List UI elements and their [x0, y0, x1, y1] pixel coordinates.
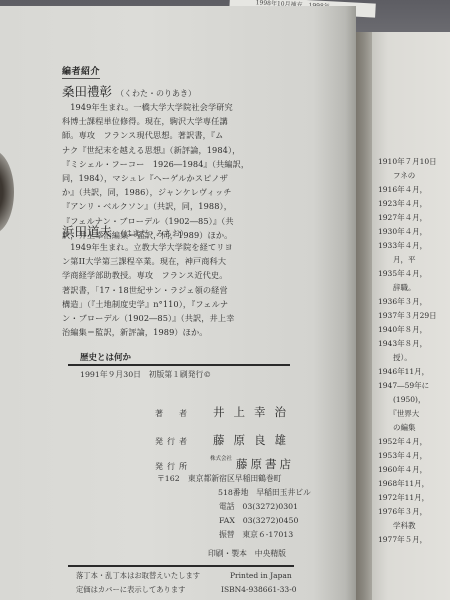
replacement-notice: 落丁本・乱丁本はお取替えいたします	[76, 571, 200, 581]
chronology-page: 1910年７月10日 フネの1916年４月，1923年４月，1927年４月，19…	[372, 32, 450, 600]
chronology-line: 月，平	[378, 254, 416, 265]
footer-rule	[68, 565, 294, 567]
bio-line: ン第II大学第三課程卒業。現在，神戸商科大	[62, 254, 292, 268]
bio-line: ナク『世紀末を越える思想』（新評論，1984），	[62, 143, 292, 157]
editor-reading: （くわた・のりあき）	[116, 89, 196, 98]
publisher-label: 発行者	[155, 436, 191, 447]
chronology-line: 授）。	[378, 352, 412, 363]
chronology-line: 1952年４月，	[378, 436, 427, 447]
bio-line: 構造」（『土地制度史学』n°110），『フェルナ	[62, 297, 292, 311]
chronology-line: 1976年３月，	[378, 506, 427, 517]
bio-line: 『ミシェル・フーコー 1926―1984』（共編訳，	[62, 157, 292, 171]
chronology-line: 1960年４月，	[378, 464, 427, 475]
chronology-line: 1947―59年に	[378, 380, 429, 391]
bio-line: 著訳書，「17・18世紀サン・ラジェ領の経営	[62, 283, 292, 297]
bio-line: 1949年生まれ。立教大学大学院を経てリヨ	[62, 240, 292, 254]
chronology-line: フネの	[378, 170, 415, 181]
chronology-line: (1950)，	[378, 394, 425, 405]
editors-heading: 編者紹介	[62, 64, 100, 79]
company-type: 株式会社	[210, 456, 222, 462]
bio-line: 科博士課程単位修得。現在，駒沢大学専任講	[62, 114, 292, 128]
editor-name: 浜田道夫	[62, 224, 112, 239]
chronology-line: 1937年３月29日	[378, 310, 437, 321]
chronology-line: 1943年８月，	[378, 338, 427, 349]
bio-line: 学商経学部助教授。専攻 フランス近代史。	[62, 268, 292, 282]
chronology-line: 学科教	[378, 520, 416, 531]
chronology-line: 1910年７月10日	[378, 156, 437, 167]
editor-name-2: 浜田道夫（はまだ・みちお）	[62, 222, 188, 240]
address-line-1: 東京都新宿区早稲田鶴巻町	[188, 473, 282, 484]
chronology-line: 辞職。	[378, 282, 416, 293]
chronology-line: 1935年４月，	[378, 268, 427, 279]
book-title: 歴史とは何か	[80, 351, 131, 363]
publisher-name: 藤原良雄	[213, 432, 295, 448]
chronology-line: 1933年４月，	[378, 240, 427, 251]
editor-reading: （はまだ・みちお）	[116, 229, 188, 238]
chronology-line: 1916年４月，	[378, 184, 427, 195]
author-name: 井上幸治	[213, 404, 295, 420]
chronology-line: 1940年８月，	[378, 324, 427, 335]
transfer-account: 振替 東京６-17013	[219, 529, 293, 540]
bio-line: 同，1984），マシュレ『ヘーゲルかスピノザ	[62, 171, 292, 185]
title-rule	[68, 364, 290, 366]
chronology-line: 1946年11月，	[378, 366, 429, 377]
chronology-line: 1930年４月，	[378, 226, 427, 237]
author-label: 著 者	[155, 408, 191, 419]
postal-code: 〒162	[157, 473, 180, 484]
editor-name: 桑田禮彰	[62, 84, 112, 99]
chronology-line: 1936年３月，	[378, 296, 427, 307]
address-line-2: 518番地 早稲田玉井ビル	[218, 487, 311, 498]
price-notice: 定価はカバーに表示してあります	[76, 585, 185, 595]
bio-line: 『アンリ・ベルクソン』（共訳，同，1988），	[62, 199, 292, 213]
chronology-line: 1953年４月，	[378, 450, 427, 461]
chronology-line: 1968年11月，	[378, 478, 429, 489]
fax-number: FAX 03(3272)0450	[219, 515, 298, 526]
chronology-line: 1927年４月，	[378, 212, 427, 223]
editor-bio-2: 1949年生まれ。立教大学大学院を経てリヨ ン第II大学第三課程卒業。現在，神戸…	[62, 240, 292, 339]
bio-line: か』（共訳，同，1986），ジャンケレヴィッチ	[62, 185, 292, 199]
printed-in-japan: Printed in Japan	[230, 571, 292, 580]
bio-line: 1949年生まれ。一橋大学大学院社会学研究	[62, 100, 292, 114]
printing-binding: 印刷・製本 中央精版	[208, 548, 286, 559]
bio-line: 師。専攻 フランス現代思想。著訳書，『ム	[62, 128, 292, 142]
bio-line: 治編集＝監訳，新評論，1989）ほか。	[62, 325, 292, 339]
chronology-line: 1923年４月，	[378, 198, 427, 209]
publishing-house-label: 発行所	[155, 461, 191, 472]
bio-line: ン・ブローデル（1902―85）』（共訳，井上幸	[62, 311, 292, 325]
isbn: ISBN4-938661-33-0	[221, 585, 297, 594]
editor-bio-1: 1949年生まれ。一橋大学大学院社会学研究 科博士課程単位修得。現在，駒沢大学専…	[62, 100, 292, 242]
chronology-line: 『世界大	[378, 408, 419, 419]
phone-number: 電話 03(3272)0301	[219, 501, 298, 512]
chronology-line: 1972年11月，	[378, 492, 429, 503]
publication-date: 1991年９月30日 初版第１刷発行©	[80, 369, 211, 380]
chronology-line: の編集	[378, 422, 416, 433]
editor-name-1: 桑田禮彰（くわた・のりあき）	[62, 82, 196, 100]
chronology-line: 1977年５月，	[378, 534, 427, 545]
publishing-house-name: 藤原書店	[236, 456, 294, 472]
